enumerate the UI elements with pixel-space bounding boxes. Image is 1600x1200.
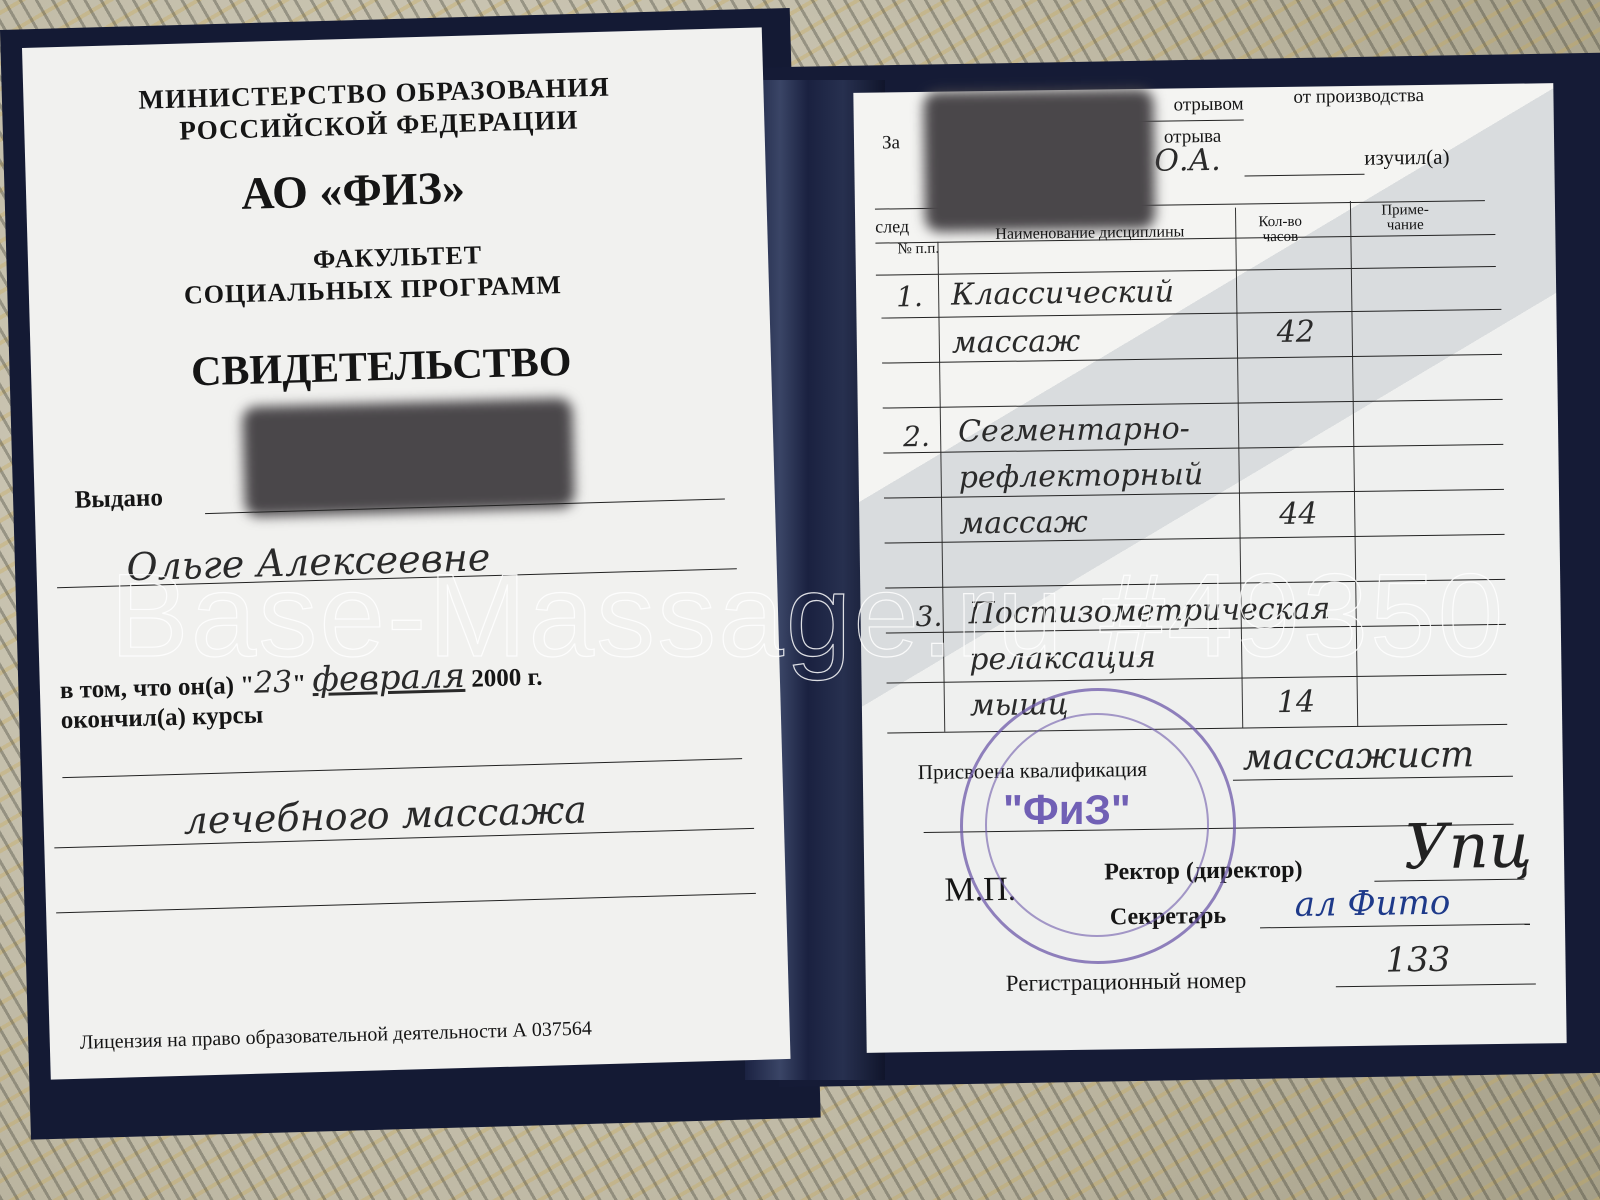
faculty-line-1: ФАКУЛЬТЕТ — [313, 240, 483, 275]
redacted-block — [242, 398, 575, 517]
license-text: Лицензия на право образовательной деятел… — [79, 1017, 592, 1054]
column-header-num: № п.п. — [897, 242, 939, 258]
secretary-signature: ал Фито — [1294, 883, 1450, 925]
header-fragment-1: отрывом — [1173, 93, 1243, 116]
row-hours: 44 — [1279, 496, 1318, 532]
organization-name: АО «ФИЗ» — [240, 161, 465, 220]
row-num: 2. — [903, 420, 930, 453]
column-header-hours: Кол-во часов — [1240, 214, 1320, 245]
registration-label: Регистрационный номер — [1006, 968, 1247, 997]
registration-number: 133 — [1385, 940, 1450, 981]
registration-line — [1336, 983, 1536, 987]
table-top-line — [875, 234, 1495, 244]
stamp-center-text: "ФиЗ" — [1003, 786, 1131, 834]
watermark: Base-Massage.ru #49350 — [110, 548, 1505, 684]
header-prefix: За — [882, 132, 900, 154]
column-header-discipline: Наименование дисциплины — [995, 223, 1184, 244]
course-line-3 — [56, 893, 756, 914]
issued-label: Выдано — [74, 484, 163, 514]
official-stamp: "ФиЗ" — [960, 688, 1236, 964]
faculty-line-2: СОЦИАЛЬНЫХ ПРОГРАММ — [184, 270, 563, 311]
following-fragment: след — [875, 216, 909, 237]
header-suffix: от производства — [1293, 85, 1424, 109]
row-hours: 14 — [1277, 685, 1316, 721]
document-title: СВИДЕТЕЛЬСТВО — [190, 338, 572, 397]
completed-courses-label: окончил(а) курсы — [60, 702, 263, 736]
row-hours: 42 — [1276, 315, 1315, 351]
row-discipline: Классический массаж — [951, 268, 1222, 368]
rector-signature: Упц — [1403, 809, 1532, 884]
course-line-1 — [62, 758, 742, 778]
studied-line — [1245, 174, 1365, 177]
row-num: 1. — [896, 280, 923, 313]
qualification-value: массажист — [1242, 734, 1474, 778]
row-discipline: Сегментарно-рефлекторный массаж — [958, 406, 1230, 548]
column-header-note: Приме-чание — [1365, 203, 1445, 234]
studied-label: изучил(а) — [1364, 145, 1450, 171]
initials: О.А. — [1154, 143, 1221, 179]
redacted-block-right — [923, 89, 1155, 232]
